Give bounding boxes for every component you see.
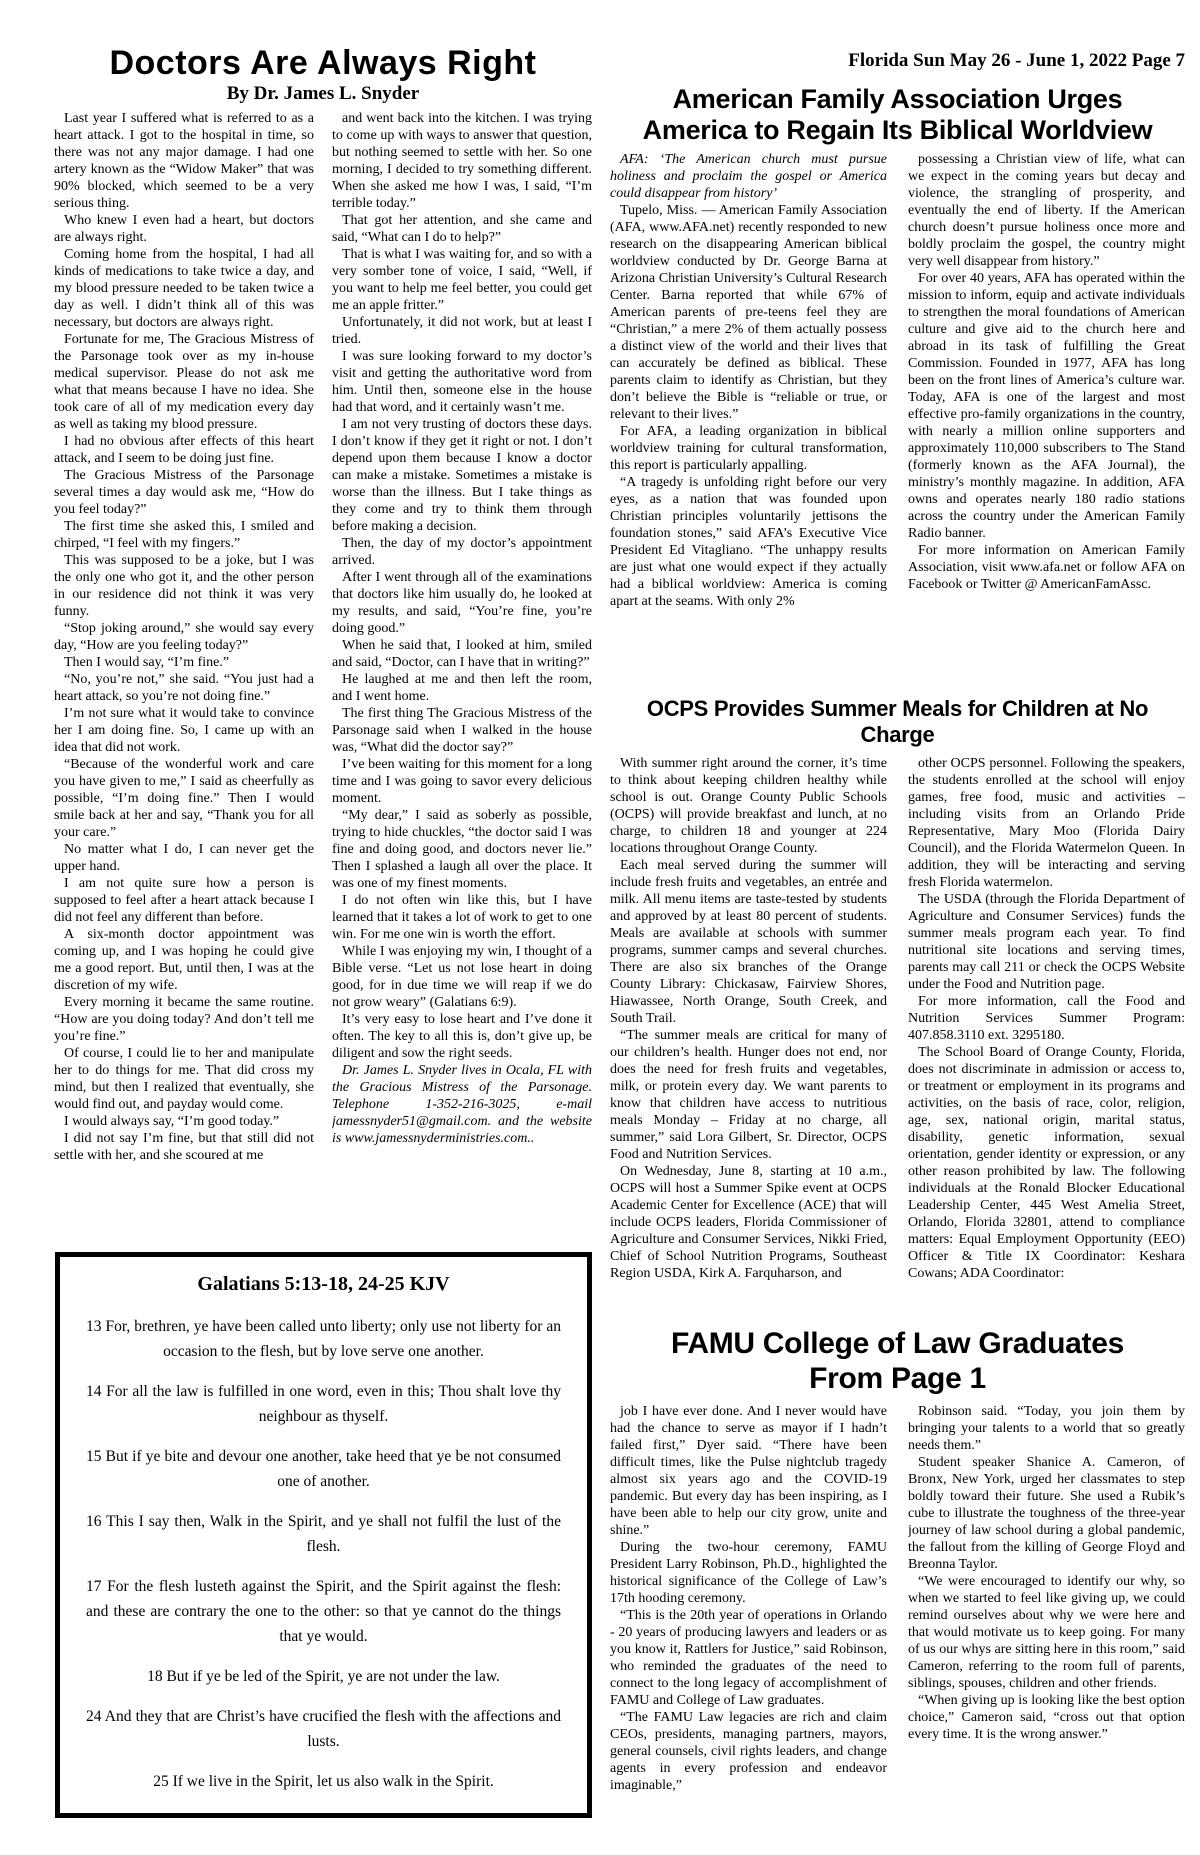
paragraph: Coming home from the hospital, I had all… [54,246,314,331]
paragraph: “My dear,” I said as soberly as possible… [332,807,592,892]
paragraph: For more information on American Family … [908,542,1185,593]
paragraph: 17 For the flesh lusteth against the Spi… [86,1574,561,1649]
paragraph: Robinson said. “Today, you join them by … [908,1403,1185,1454]
afa-column-1-text: Tupelo, Miss. — American Family Associat… [610,202,887,610]
paragraph: 16 This I say then, Walk in the Spirit, … [86,1509,561,1559]
paragraph: Every morning it became the same routine… [54,994,314,1045]
paragraph: 14 For all the law is fulfilled in one w… [86,1379,561,1429]
author-bio: Dr. James L. Snyder lives in Ocala, FL w… [332,1062,592,1147]
paragraph: 24 And they that are Christ’s have cruci… [86,1704,561,1754]
paragraph: I was sure looking forward to my doctor’… [332,348,592,416]
paragraph: I am not quite sure how a person is supp… [54,875,314,926]
article-doctors: Doctors Are Always Right By Dr. James L.… [54,44,592,1244]
paragraph: The School Board of Orange County, Flori… [908,1044,1185,1282]
paragraph: possessing a Christian view of life, wha… [908,151,1185,270]
paragraph: That is what I was waiting for, and so w… [332,246,592,314]
paragraph: While I was enjoying my win, I thought o… [332,943,592,1011]
paragraph: I do not often win like this, but I have… [332,892,592,943]
afa-body: AFA: ‘The American church must pursue ho… [610,151,1185,703]
paragraph: “When giving up is looking like the best… [908,1692,1185,1743]
ocps-title: OCPS Provides Summer Meals for Children … [610,696,1185,748]
newspaper-page: Florida Sun May 26 - June 1, 2022 Page 7… [0,0,1200,1855]
scripture-verses: 13 For, brethren, ye have been called un… [86,1314,561,1794]
paragraph: For more information, call the Food and … [908,993,1185,1044]
paragraph: Of course, I could lie to her and manipu… [54,1045,314,1113]
afa-title-line1: American Family Association Urges [610,84,1185,115]
paragraph: Then, the day of my doctor’s appointment… [332,535,592,569]
paragraph: The Gracious Mistress of the Parsonage s… [54,467,314,518]
paragraph: Unfortunately, it did not work, but at l… [332,314,592,348]
famu-title-line1: FAMU College of Law Graduates [610,1326,1185,1361]
afa-lede: AFA: ‘The American church must pursue ho… [610,151,887,202]
paragraph: “No, you’re not,” she said. “You just ha… [54,671,314,705]
doctors-column-1: Last year I suffered what is referred to… [54,110,314,1244]
masthead: Florida Sun May 26 - June 1, 2022 Page 7 [610,50,1185,72]
paragraph: job I have ever done. And I never would … [610,1403,887,1539]
paragraph: After I went through all of the examinat… [332,569,592,637]
paragraph: That got her attention, and she came and… [332,212,592,246]
paragraph: “The FAMU Law legacies are rich and clai… [610,1709,887,1794]
afa-title-line2: America to Regain Its Biblical Worldview [610,115,1185,146]
paragraph: Who knew I even had a heart, but doctors… [54,212,314,246]
doctors-column-2: and went back into the kitchen. I was tr… [332,110,592,1244]
afa-title: American Family Association Urges Americ… [610,84,1185,146]
paragraph: With summer right around the corner, it’… [610,755,887,857]
paragraph: “Because of the wonderful work and care … [54,756,314,841]
afa-column-1: AFA: ‘The American church must pursue ho… [610,151,887,703]
ocps-column-1: With summer right around the corner, it’… [610,755,887,1343]
paragraph: Last year I suffered what is referred to… [54,110,314,212]
paragraph: For over 40 years, AFA has operated with… [908,270,1185,542]
ocps-column-2: other OCPS personnel. Following the spea… [908,755,1185,1343]
doctors-body: Last year I suffered what is referred to… [54,110,592,1244]
paragraph: Each meal served during the summer will … [610,857,887,1027]
paragraph: Then I would say, “I’m fine.” [54,654,314,671]
paragraph: I would always say, “I’m good today.” [54,1113,314,1130]
doctors-title: Doctors Are Always Right [54,44,592,82]
paragraph: I am not very trusting of doctors these … [332,416,592,535]
scripture-box: Galatians 5:13-18, 24-25 KJV 13 For, bre… [55,1252,592,1818]
scripture-title: Galatians 5:13-18, 24-25 KJV [86,1273,561,1296]
paragraph: I had no obvious after effects of this h… [54,433,314,467]
paragraph: I’ve been waiting for this moment for a … [332,756,592,807]
paragraph: “The summer meals are critical for many … [610,1027,887,1163]
ocps-body: With summer right around the corner, it’… [610,755,1185,1343]
paragraph: This was supposed to be a joke, but I wa… [54,552,314,620]
paragraph: 18 But if ye be led of the Spirit, ye ar… [86,1664,561,1689]
paragraph: 25 If we live in the Spirit, let us also… [86,1769,561,1794]
paragraph: I’m not sure what it would take to convi… [54,705,314,756]
paragraph: When he said that, I looked at him, smil… [332,637,592,671]
famu-body: job I have ever done. And I never would … [610,1403,1185,1851]
paragraph: During the two-hour ceremony, FAMU Presi… [610,1539,887,1607]
article-famu: FAMU College of Law Graduates From Page … [610,1326,1185,1851]
paragraph: Fortunate for me, The Gracious Mistress … [54,331,314,433]
paragraph: “A tragedy is unfolding right before our… [610,474,887,610]
paragraph: other OCPS personnel. Following the spea… [908,755,1185,891]
paragraph: 13 For, brethren, ye have been called un… [86,1314,561,1364]
paragraph: “Stop joking around,” she would say ever… [54,620,314,654]
paragraph: Tupelo, Miss. — American Family Associat… [610,202,887,423]
article-afa: American Family Association Urges Americ… [610,84,1185,703]
paragraph: Student speaker Shanice A. Cameron, of B… [908,1454,1185,1573]
paragraph: The first time she asked this, I smiled … [54,518,314,552]
famu-column-1: job I have ever done. And I never would … [610,1403,887,1851]
paragraph: “We were encouraged to identify our why,… [908,1573,1185,1692]
paragraph: It’s very easy to lose heart and I’ve do… [332,1011,592,1062]
paragraph: I did not say I’m fine, but that still d… [54,1130,314,1164]
paragraph: A six-month doctor appointment was comin… [54,926,314,994]
afa-column-2: possessing a Christian view of life, wha… [908,151,1185,703]
paragraph: “This is the 20th year of operations in … [610,1607,887,1709]
paragraph: No matter what I do, I can never get the… [54,841,314,875]
paragraph: The first thing The Gracious Mistress of… [332,705,592,756]
paragraph: On Wednesday, June 8, starting at 10 a.m… [610,1163,887,1282]
paragraph: He laughed at me and then left the room,… [332,671,592,705]
paragraph: The USDA (through the Florida Department… [908,891,1185,993]
paragraph: For AFA, a leading organization in bibli… [610,423,887,474]
famu-column-2: Robinson said. “Today, you join them by … [908,1403,1185,1851]
doctors-byline: By Dr. James L. Snyder [54,83,592,105]
famu-title: FAMU College of Law Graduates From Page … [610,1326,1185,1396]
doctors-column-2-text: and went back into the kitchen. I was tr… [332,110,592,1062]
paragraph: and went back into the kitchen. I was tr… [332,110,592,212]
article-ocps: OCPS Provides Summer Meals for Children … [610,696,1185,1343]
famu-title-line2: From Page 1 [610,1361,1185,1396]
paragraph: 15 But if ye bite and devour one another… [86,1444,561,1494]
